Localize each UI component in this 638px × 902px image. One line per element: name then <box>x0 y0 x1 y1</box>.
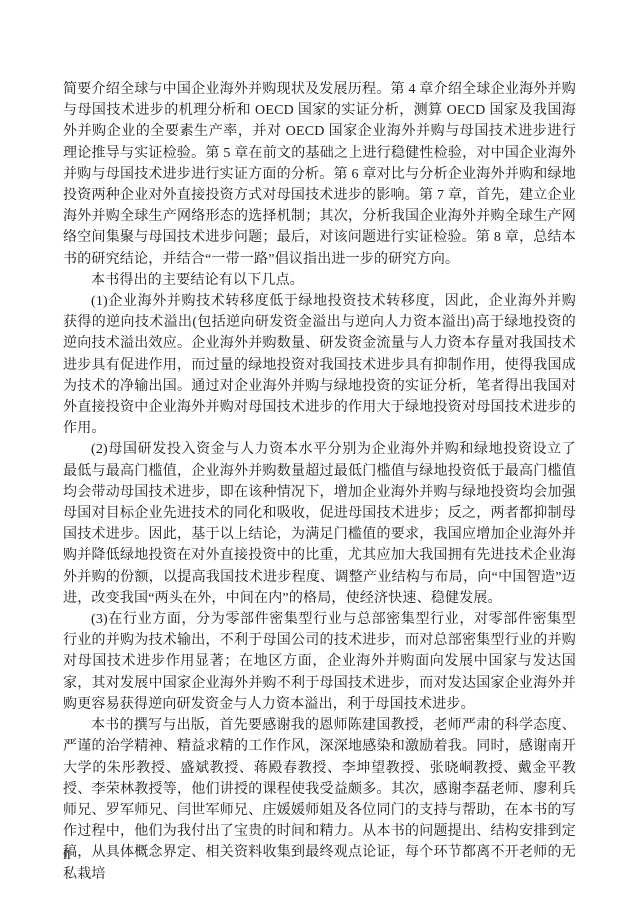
body-text-block: 简要介绍全球与中国企业海外并购现状及发展历程。第 4 章介绍全球企业海外并购与母… <box>63 79 576 885</box>
body-paragraph-3: (1)企业海外并购技术转移度低于绿地投资技术转移度，因此，企业海外并购获得的逆向… <box>63 291 576 439</box>
body-paragraph-5: (3)在行业方面，分为零部件密集型行业与总部密集型行业，对零部件密集型行业的并购… <box>63 609 576 715</box>
page-number: ii <box>63 845 71 866</box>
body-paragraph-6: 本书的撰写与出版，首先要感谢我的恩师陈建国教授，老师严肃的科学态度、严谨的治学精… <box>63 715 576 885</box>
body-paragraph-4: (2)母国研发投入资金与人力资本水平分别为企业海外并购和绿地投资设立了最低与最高… <box>63 439 576 609</box>
book-page: 简要介绍全球与中国企业海外并购现状及发展历程。第 4 章介绍全球企业海外并购与母… <box>0 0 638 902</box>
body-paragraph-1: 简要介绍全球与中国企业海外并购现状及发展历程。第 4 章介绍全球企业海外并购与母… <box>63 79 576 270</box>
body-paragraph-2: 本书得出的主要结论有以下几点。 <box>63 270 576 291</box>
